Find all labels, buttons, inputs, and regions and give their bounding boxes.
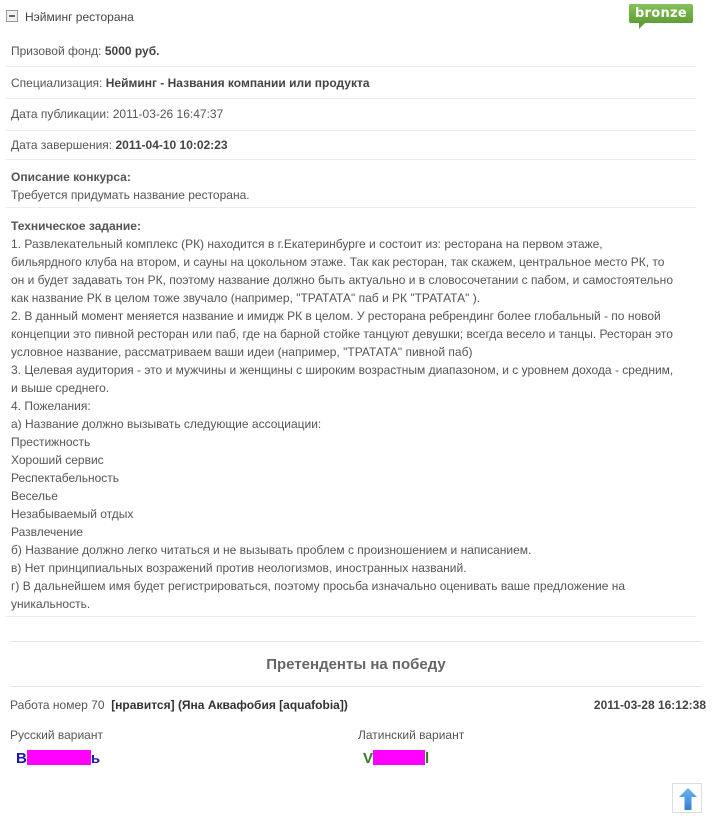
section-divider-top [10,641,702,642]
task-line: и выше среднего. [11,379,696,397]
published-row: Дата публикации: 2011-03-26 16:47:37 [6,105,696,131]
contenders-title: Претенденты на победу [0,656,712,673]
published-value: 2011-03-26 16:47:37 [113,107,224,121]
task-line: г) В дальнейшем имя будет регистрировать… [11,577,696,595]
latin-last-letter: l [425,750,429,767]
task-line: Развлечение [11,523,696,541]
end-date-label: Дата завершения: [11,138,112,152]
task-line: условное название, рассматриваем ваши ид… [11,343,696,361]
published-label: Дата публикации: [11,107,109,121]
specialization-row: Специализация: Нейминг - Названия компан… [6,74,696,99]
task-line: как название РК в целом тоже звучало (на… [11,289,696,307]
redaction-mask [373,750,425,765]
work-entry: Работа номер 70 [нравится] (Яна Аквафоби… [10,698,706,714]
task-line: Респектабельность [11,469,696,487]
scroll-top-button[interactable] [672,783,702,813]
contest-title: Нэйминг ресторана [25,10,134,24]
prize-label: Призовой фонд: [11,44,102,58]
task-line: Веселье [11,487,696,505]
contest-header: Нэйминг ресторана [6,8,706,28]
task-row: Техническое задание: 1. Развлекательный … [6,217,696,617]
task-line: в) Нет принципиальных возражений против … [11,559,696,577]
task-line: Хороший сервис [11,451,696,469]
description-text: Требуется придумать название ресторана. [11,186,696,204]
task-line: 1. Развлекательный комплекс (РК) находит… [11,235,696,253]
russian-last-letter: ь [91,750,100,767]
task-line: уникальность. [11,595,696,613]
russian-variant-label: Русский вариант [10,728,103,742]
specialization-label: Специализация: [11,76,102,90]
task-line: бильярдного клуба на втором, и сауны на … [11,253,696,271]
task-text: 1. Развлекательный комплекс (РК) находит… [11,235,696,613]
bronze-badge: bronze [629,4,693,23]
latin-first-letter: V [363,750,373,767]
work-number: Работа номер 70 [10,698,105,712]
task-label: Техническое задание: [11,217,696,235]
task-line: б) Название должно легко читаться и не в… [11,541,696,559]
redaction-mask [27,750,91,765]
task-line: Незабываемый отдых [11,505,696,523]
work-date: 2011-03-28 16:12:38 [594,698,706,712]
task-line: а) Название должно вызывать следующие ас… [11,415,696,433]
task-line: 3. Целевая аудитория - это и мужчины и ж… [11,361,696,379]
task-line: 4. Пожелания: [11,397,696,415]
section-divider-bottom [10,686,702,687]
end-date-value: 2011-04-10 10:02:23 [115,138,227,152]
end-date-row: Дата завершения: 2011-04-10 10:02:23 [6,136,696,160]
minus-square-icon[interactable] [6,10,18,22]
description-row: Описание конкурса: Требуется придумать н… [6,168,696,208]
russian-first-letter: В [16,750,27,767]
task-line: 2. В данный момент меняется название и и… [11,307,696,325]
task-line: концепции это пивной ресторан или паб, г… [11,325,696,343]
task-line: он и будет задавать тон РК, поэтому назв… [11,271,696,289]
specialization-value: Нейминг - Названия компании или продукта [106,76,370,90]
prize-value: 5000 руб. [105,44,160,58]
russian-variant-value: Вь [16,750,100,767]
task-line: Престижность [11,433,696,451]
latin-variant-value: Vl [363,750,429,767]
arrow-up-icon [679,788,697,810]
description-label: Описание конкурса: [11,168,696,186]
prize-row: Призовой фонд: 5000 руб. [6,42,696,67]
like-link[interactable]: [нравится] [111,698,174,712]
author-link[interactable]: (Яна Аквафобия [aquafobia]) [178,698,348,712]
latin-variant-label: Латинский вариант [358,728,464,742]
